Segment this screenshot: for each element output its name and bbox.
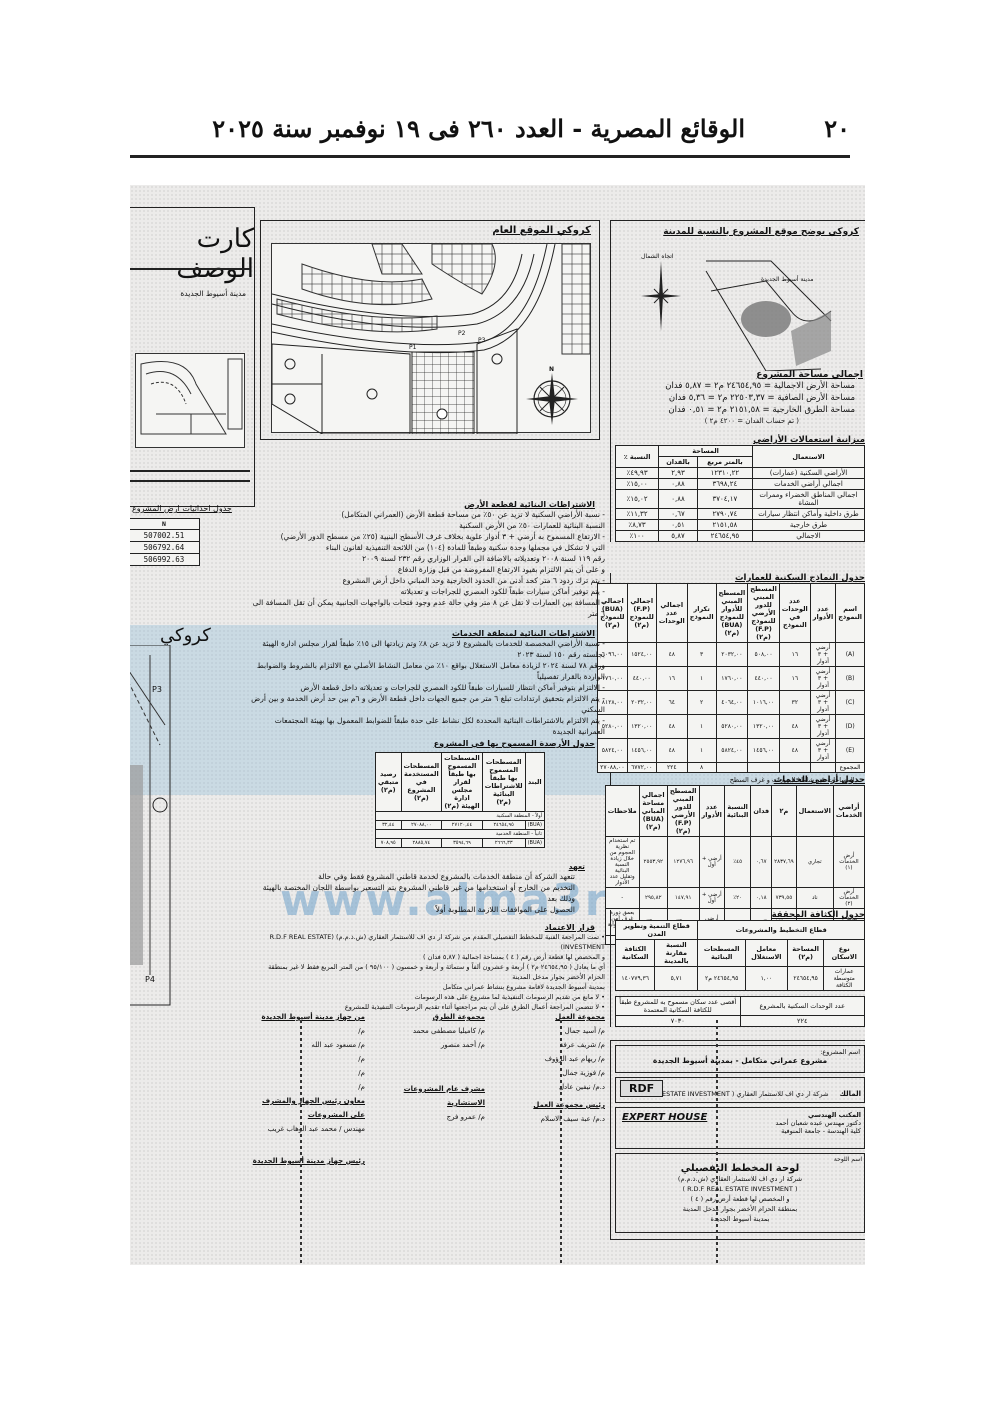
text-line: الحصول على الموافقات اللازمة المطلوبة أو… [250,904,575,915]
gazette-title: الوقائع المصرية - العدد ٢٦٠ فى ١٩ نوفمبر… [212,114,745,143]
text-line: و على أن يتم الالتزام بقيود الارتفاع الم… [250,564,605,575]
sig-col-title: معاون رئيس الجهاز والمشرف على المشروعات [245,1094,365,1122]
table-cell: ٥٠٨,٠٠ [748,643,780,667]
table-cell: اجمالي أراضي الخدمات [752,479,864,490]
signatures-area: مجموعة العمل م/ أسيد جمالم/ شريف عرفةم/ … [250,1010,605,1150]
table-cell [779,763,810,773]
table-cell: ٢,٩٣ [659,468,698,479]
sig-col-title: مجموعة الطرق [375,1010,485,1024]
table-cell: ١٤٠٧٧٩,٣٦ [616,967,655,991]
table-cell: ٣٢ [779,691,810,715]
table-cell: ١٤٧,٩١ [667,888,699,909]
group-header: قطاع التخطيط والمشروعات [698,921,865,940]
building-models-title: جدول النماذج السكنية للعمارات [615,573,865,583]
site-map: P1 P2 P3 N [271,243,591,433]
land-use-section: ميزانية استعمالات الأراضي الاستعمال المس… [610,435,865,542]
text-line: - نسبة الأراضي السكنية لا تزيد عن ٥٠٪ من… [250,509,605,520]
bua-section: ثانياً - المنطقة الخدمية [375,830,544,839]
table-cell: ٣٦٩٨,٢٤ [697,479,752,490]
table-row: أرض الخدمات (٢)ناد٧٣٩,٥٥٠,١٨٢٠٪أرضي + أو… [605,888,864,909]
col-header: نوع الاسكان [824,940,865,967]
table-row: اجمالي أراضي الخدمات٣٦٩٨,٢٤٠,٨٨١٥,٠٠٪ [616,479,865,490]
drawing-title: لوحة المخطط التفصيلي [618,1163,862,1174]
table-cell: ٤٨ [779,715,810,739]
left-description-card: كارت الوصف مدينة أسيوط الجديدة [130,207,255,507]
table-cell: ٢٤٦٥٤,٩٥ [787,967,824,991]
drawing-line: بمدينة أسيوط الجديدة [618,1214,862,1224]
pledge-text: تتعهد الشركة أن منطقة الخدمات بالمشروع ل… [250,871,605,915]
text-line: - المسافة بين العمارات لا تقل عن ٨ متر و… [250,597,605,619]
table-cell: أرضي + ٣ أدوار [810,667,835,691]
table-cell: الأراضي السكنية (عمارات) [752,468,864,479]
table-cell: ٠,٦٧ [751,837,772,888]
table-cell: أرضي + أول [699,888,724,909]
scan-streak [716,1020,718,1265]
table-cell: ١ [687,739,716,763]
table-row: (C)أرضي + ٣ أدوار٣٢١٠١٦,٠٠٤٠٦٤,٠٠٢٦٤٢٠٣٢… [598,691,865,715]
table-cell: (A) [836,643,865,667]
table-cell: ٢٢٤ [656,763,687,773]
table-cell: ١٥,٠٢٪ [616,490,659,509]
table-cell: ١٠٠٪ [616,531,659,542]
table-cell: ١٣٢٠,٠٠ [748,715,780,739]
header-rule [130,155,850,158]
drawing-line: بمنطقة الحزام الأخضر بجوار مدخل المدينة [618,1204,862,1214]
table-cell: ١٧٦٠,٠٠ [716,667,748,691]
col-header: النسبة مقارنة بالمدينة [655,940,698,967]
table-cell: ٠,٦٧ [659,509,698,520]
text-line: م/ كاميليا مصطفى محمد [375,1024,485,1038]
text-line: م/ [245,1066,365,1080]
table-cell: ٥,٧١ [655,967,698,991]
table-row: (E)أرضي + ٣ أدوار٤٨١٤٥٦,٠٠٥٨٢٤,٠٠١٤٨١٤٥٦… [598,739,865,763]
drawing-line: ( R.D.F REAL ESTATE INVESTMENT ) [618,1184,862,1194]
text-line: • تمت المراجعة الفنية للمخطط التفصيلي ال… [250,932,605,952]
table-cell: ٣٧٠٤,١٧ [697,490,752,509]
table-cell: ١ [687,667,716,691]
pop-value: ٧٠٣٠ [616,1016,741,1027]
page-number: ٢٠ [824,114,850,143]
density-title: جدول الكثافة المحققة [615,910,865,920]
col-header: المساحة (م٢) [787,940,824,967]
project-label: اسم المشروع: [620,1048,860,1056]
col-header: الاستعمال [752,446,864,468]
approval-text: • تمت المراجعة الفنية للمخطط التفصيلي ال… [250,932,605,1012]
table-cell: ٤٨ [656,715,687,739]
area-line: مساحة الأرض الصافية = ٢٢٥٠٣,٣٧ م٢ = ٥,٣٦… [611,392,865,404]
table-cell: ٢٥٥٣,٩٢ [639,837,667,888]
drawing-box: اسم اللوحة لوحة المخطط التفصيلي شركة ار … [615,1153,865,1233]
land-conditions: - نسبة الأراضي السكنية لا تزيد عن ٥٠٪ من… [250,509,605,619]
table-cell: أرضي + ٣ أدوار [810,691,835,715]
location-map-title: كروكي يوضح موقع المشروع بالنسبة للمدينة [663,227,859,237]
table-cell: ١٦ [779,643,810,667]
mini-site-plan [135,353,245,448]
coord-value: 506792.64 [130,542,200,554]
services-title: جدول أراضي الخدمات [615,775,865,785]
table-cell: ٢٧١٢٠,٤٤ [442,821,483,830]
table-cell: (BUA) [525,839,544,848]
col-header: النسبة ٪ [616,446,659,468]
col-header: الاستعمال [796,786,833,837]
table-cell: طرق خارجية [752,520,864,531]
table-cell: ٤٨ [656,739,687,763]
sig-col-authority: من جهاز مدينة أسيوط الجديدة م/م/ مسعود ع… [245,1010,365,1168]
table-cell: ٤٠٦٤,٠٠ [716,691,748,715]
text-line: أي ما يعادل ( ٢٤٦٥٤,٩٥ م٢ ) أربعة و عشرو… [250,962,605,982]
left-sketch: P3 P4 [130,645,175,1015]
table-row: اجمالي المناطق الخضراء وممرات المشاة٣٧٠٤… [616,490,865,509]
table-row: (B)أرضي + ٣ أدوار١٦٤٤٠,٠٠١٧٦٠,٠٠١١٦٤٤٠,٠… [598,667,865,691]
table-cell: ٨ [687,763,716,773]
table-cell: ٨,٧٣٪ [616,520,659,531]
site-map-title: كروكي الموقع العام [492,225,591,236]
rdf-logo: RDF [620,1080,663,1097]
col-header: تكرار النموذج [687,584,716,643]
col-header: النسبة البنائية [724,786,750,837]
col-header: م٢ [772,786,796,837]
density-section: جدول الكثافة المحققة قطاع التخطيط والمشر… [610,910,865,1027]
text-line: م/ مسعود عبد الله [245,1038,365,1052]
units-population-table: عدد الوحدات السكنية بالمشروع أقصى عدد سك… [615,996,865,1027]
table-cell: ١ [687,715,716,739]
divider [130,470,250,472]
text-line: - يتم الالتزام بالاشتراطات البنائية المح… [250,715,605,737]
drawing-line: شركة ار دي اف للاستثمار العقاري (ش.ذ.م.م… [618,1174,862,1184]
table-cell: أرض الخدمات (١) [833,837,864,888]
table-cell: ١٥,٠٠٪ [616,479,659,490]
owner-name: شركة ار دي اف للاستثمار العقاري ( REAL E… [639,1090,829,1098]
owner-label: المالك [840,1090,862,1098]
city-label: مدينة أسيوط الجديدة [180,288,246,299]
col-header: أراضي الخدمات [833,786,864,837]
text-line: • لا مانع من تقديم الرسومات التنفيذية لم… [250,992,605,1002]
table-cell: ٢٠٣٢,٠٠ [627,691,656,715]
text-line: م/ [245,1024,365,1038]
table-cell: عمارات متوسطة الكثافة [824,967,865,991]
table-cell: ٠,٥١ [659,520,698,531]
table-cell: ٧٣٩,٥٥ [772,888,796,909]
location-map-drawing [616,251,865,371]
col-header: المسطحات البنائية [698,940,746,967]
table-cell: ١,٠٠ [745,967,787,991]
table-cell: ٢٩٥,٨٢ [639,888,667,909]
table-cell: ٢٧٠٨٨,٠٠ [401,821,442,830]
site-point-p2: P2 [458,330,465,337]
table-cell: أرضي + ٣ أدوار [810,643,835,667]
table-cell [810,763,835,773]
conditions-column: الاشتراطات البنائية لقطعة الأرض - نسبة ا… [250,500,605,1012]
land-use-table: الاستعمال المساحة النسبة ٪ بالمتر مربع ب… [615,445,865,542]
table-cell: (BUA) [525,821,544,830]
signatory: م/ عمرو فرج [375,1110,485,1124]
page-header: ٢٠ الوقائع المصرية - العدد ٢٦٠ فى ١٩ نوف… [220,110,850,150]
area-line: مساحة الطرق الخارجية = ٢١٥١,٥٨ م٢ = ٠,٥١… [611,404,865,416]
table-cell: ١٣٢٠,٠٠ [627,715,656,739]
bua-section: أولاً - المنطقة السكنية [375,812,544,821]
table-row: أرض الخدمات (١)تجاري٢٨٣٧,٦٩٠,٦٧٤٥٪أرضي +… [605,837,864,888]
col-header: ملاحظات [605,786,639,837]
table-cell: ١٦ [656,667,687,691]
north-arrow-icon [641,261,681,331]
col-header: المسطح المبني للدور الأرضي (F.P) (م٢) [667,786,699,837]
col-header: اجمالي عدد الوحدات [656,584,687,643]
divider [130,480,250,482]
consultant-box: المكتب الهندسي دكتور مهندس عبده شعبان أح… [615,1107,865,1149]
project-box: اسم المشروع: مشروع عمراني متكامل - بمدين… [615,1045,865,1073]
table-cell: ٠,٨٨ [659,479,698,490]
consultant-faculty: كلية الهندسة - جامعة المنوفية [619,1127,861,1135]
text-line: - الالتزام بتوفير أماكن انتظار للسيارات … [250,682,605,693]
land-use-title: ميزانية استعمالات الأراضي [615,435,865,445]
text-line: - يتم توفير أماكن سيارات طبقاً للكود الم… [250,586,605,597]
coords-header: N [130,519,200,530]
col-header: بالمتر مربع [697,457,752,468]
table-cell: ٢٨٨٥,٧٤ [401,839,442,848]
text-line: و المخصص لها قطعة أرض رقم ( ٤ ) بمساحة ا… [250,952,605,962]
col-header: عدد الوحدات في النموذج [779,584,810,643]
table-cell: ٢١٥١,٥٨ [697,520,752,531]
table-cell: أرضي + ٣ أدوار [810,715,835,739]
text-line: م/ [245,1052,365,1066]
scan-streak [560,1020,562,1265]
table-cell: ٢ [687,691,716,715]
coords-table: N 507002.51 506792.64 506992.63 [130,518,200,566]
table-cell: الاجمالي [752,531,864,542]
area-note: ( تم حساب الفدان = ٤٢٠٠ م٢ ) [611,416,865,427]
scanned-plan-sheet: www.alma3raf.com كارت الوصف مدينة أسيوط … [130,185,865,1265]
project-area-title: اجمالي مساحة المشروع [611,370,865,380]
bua-table: البندالمسطحات المسموح بها طبقاً للاشتراط… [375,752,545,848]
text-line: النسبة البنائية للعمارات ٥٠٪ من الأرض ال… [250,520,605,531]
divider [130,268,250,270]
project-area-section: اجمالي مساحة المشروع مساحة الأرض الاجمال… [610,370,865,435]
sig-col-roads: مجموعة الطرق م/ كاميليا مصطفى محمدم/ أحم… [375,1010,485,1124]
table-row: (D)أرضي + ٣ أدوار٤٨١٣٢٠,٠٠٥٢٨٠,٠٠١٤٨١٣٢٠… [598,715,865,739]
table-cell: (B) [836,667,865,691]
table-cell: تم استخدام نظرية الحجوم من خلال زيادة ال… [605,837,639,888]
table-cell: ٤٤٠,٠٠ [627,667,656,691]
site-map-panel: كروكي الموقع العام [260,220,600,440]
sig-col-title: من جهاز مدينة أسيوط الجديدة [245,1010,365,1024]
table-row: طرق خارجية٢١٥١,٥٨٠,٥١٨,٧٣٪ [616,520,865,531]
table-cell: طرق داخلية وأماكن انتظار سيارات [752,509,864,520]
text-line: التي لا تشكل في مجملها وحدة سكنية وطبقاً… [250,542,605,553]
table-cell: أرضي + أول [699,837,724,888]
text-line: التخديم من الخارج أو استخدامها من غير قا… [250,882,575,904]
pop-label: أقصى عدد سكان مسموح به للمشروع طبقاً للك… [616,997,741,1016]
col-header: المسطح المبني للأدوار للنموذج (BUA) (م٢) [716,584,748,643]
col-header: بالفدان [659,457,698,468]
table-cell: ١٠١٦,٠٠ [748,691,780,715]
table-cell: ٤٥٪ [724,837,750,888]
table-cell: (E) [836,739,865,763]
bua-table-title: جدول الأرصدة المسموح بها في المشروع [250,739,605,748]
scan-streak [300,1020,302,1265]
coords-title: جدول احداثيات ارض المشروع [132,503,232,514]
col-header: اجمالي (F.P) للنموذج (م٢) [627,584,656,643]
table-cell: ٠,١٨ [751,888,772,909]
left-sketch-drawing [130,645,175,1015]
land-conditions-title: الاشتراطات البنائية لقطعة الأرض [250,500,605,509]
table-cell: - [605,888,639,909]
approval-title: قرار الاعتماد [250,923,605,932]
units-value: ٢٢٤ [740,1016,865,1027]
text-line: - الارتفاع المسموح به أرضي + ٣ أدوار علو… [250,531,605,542]
table-cell [748,763,780,773]
table-cell: ١٤٥٦,٠٠ [748,739,780,763]
table-cell: ٤٨ [779,739,810,763]
col-header: معامل الاستغلال [745,940,787,967]
table-cell: ١٥٢٤,٠٠ [627,643,656,667]
col-header: البند [525,753,544,812]
table-row: طرق داخلية وأماكن انتظار سيارات٢٧٩٠,٧٤٠,… [616,509,865,520]
table-cell: ٢٦٦٦,٣٣ [482,839,525,848]
owner-box: المالك شركة ار دي اف للاستثمار العقاري (… [615,1077,865,1103]
table-cell: ٢٧٩٠,٧٤ [697,509,752,520]
table-cell: ٠,٨٨ [659,490,698,509]
point-label-p4: P4 [145,975,155,984]
text-line: - يتم ترك ردود ٦ متر كحد أدنى من الحدود … [250,575,605,586]
col-header: المسطحات المسموح بها طبقاً لقرار مجلس اد… [442,753,483,812]
table-cell: اجمالي المناطق الخضراء وممرات المشاة [752,490,864,509]
coord-value: 507002.51 [130,530,200,542]
table-cell: ٣٢,٤٤ [375,821,401,830]
table-cell: ١٢٣١٠,٢٢ [697,468,752,479]
table-row: الاجمالي٢٤٦٥٤,٩٥٥,٨٧١٠٠٪ [616,531,865,542]
table-cell: ١٦ [779,667,810,691]
table-cell: ٤٤٠,٠٠ [748,667,780,691]
units-label: عدد الوحدات السكنية بالمشروع [740,997,865,1016]
table-cell: (D) [836,715,865,739]
table-cell: ٥٨٢٤,٠٠ [716,739,748,763]
compass-rose-icon [526,373,578,425]
table-cell: ٢٠٪ [724,888,750,909]
drawing-lines: شركة ار دي اف للاستثمار العقاري (ش.ذ.م.م… [618,1174,862,1224]
table-cell: ٥,٨٧ [659,531,698,542]
col-header: المسطح المبني للدور الأرضي للنموذج (F.P)… [748,584,780,643]
coord-value: 506992.63 [130,554,200,566]
sig-col-title: مشرف عام المشروعات الاستشارية [375,1082,485,1110]
project-name: مشروع عمراني متكامل - بمدينة أسيوط الجدي… [620,1056,860,1065]
text-line: م/ [245,1080,365,1094]
table-cell: ٢٨٣٧,٦٩ [772,837,796,888]
col-header: الكثافة السكانية [616,940,655,967]
col-header: فدان [751,786,772,837]
table-cell: ٣ [687,643,716,667]
sig-col-title: رئيس جهاز مدينة أسيوط الجديدة [245,1154,365,1168]
city-label: مدينة أسيوط الجديدة [761,276,814,283]
location-map-panel: كروكي يوضح موقع المشروع بالنسبة للمدينة … [610,220,865,370]
text-line: رقم ١١٩ لسنة ٢٠٠٨ وتعديلاته بالاضافة الى… [250,553,605,564]
col-header: المسطحات المسموح بها طبقاً للاشتراطات ال… [482,753,525,812]
col-header: المساحة [659,446,753,457]
expert-house-logo: EXPERT HOUSE [622,1112,707,1123]
text-line: تتعهد الشركة أن منطقة الخدمات بالمشروع ل… [250,871,575,882]
text-line: - نسبة الأراضي المخصصة للخدمات بالمشروع … [250,638,605,660]
table-cell: أرضي + ٣ أدوار [810,739,835,763]
site-point-p1: P1 [409,344,416,351]
table-cell: ١٤٥٦,٠٠ [627,739,656,763]
area-line: مساحة الأرض الاجمالية = ٢٤٦٥٤,٩٥ م٢ = ٥,… [611,380,865,392]
col-header: اجمالي مساحة المباني (BUA) (م٢) [639,786,667,837]
text-line: ورقم ٧٨ لسنة ٢٠٢٤ لزيادة معامل الاستغلال… [250,660,605,682]
pledge-title: تعهد [250,862,605,871]
table-cell: ٧٠٨,٩٥ [375,839,401,848]
table-cell: المجموع [836,763,865,773]
table-cell: ٢٠٣٢,٠٠ [716,643,748,667]
table-cell: تجاري [796,837,833,888]
services-conditions-title: الاشتراطات البنائية لمنطقة الخدمات [250,629,605,638]
table-cell: ناد [796,888,833,909]
table-row: الأراضي السكنية (عمارات)١٢٣١٠,٢٢٢,٩٣٤٩,٩… [616,468,865,479]
group-header: قطاع التنمية وتطوير المدن [616,921,698,940]
signatory: مهندس / محمد عبد الوهاب غريب [245,1122,365,1136]
table-row: (A)أرضي + ٣ أدوار١٦٥٠٨,٠٠٢٠٣٢,٠٠٣٤٨١٥٢٤,… [598,643,865,667]
table-cell: ٦٤ [656,691,687,715]
text-line: م/ أحمد منصور [375,1038,485,1052]
card-title: كارت الوصف [133,224,254,284]
building-models-table: اسم النموذجعدد الأدوارعدد الوحدات في الن… [597,583,865,773]
table-cell: ١٢٧٦,٩٦ [667,837,699,888]
table-cell: (C) [836,691,865,715]
col-header: عدد الأدوار [810,584,835,643]
col-header: رصيد متبقي (م٢) [375,753,401,812]
table-cell: ٤٩,٩٣٪ [616,468,659,479]
services-conditions: - نسبة الأراضي المخصصة للخدمات بالمشروع … [250,638,605,737]
point-label-p3: P3 [152,685,162,694]
table-cell: ٢٤٦٥٤,٩٥ [482,821,525,830]
site-map-drawing [272,244,592,434]
table-cell: ٣٥٩٤,٦٩ [442,839,483,848]
table-cell [716,763,748,773]
col-header: المسطحات المستخدمة في المشروع (م٢) [401,753,442,812]
table-cell: ٥٢٨٠,٠٠ [716,715,748,739]
left-sketch-title: كروكي [160,625,211,646]
mini-plan-drawing [136,354,246,449]
table-cell: ٤٨ [656,643,687,667]
col-header: اسم النموذج [836,584,865,643]
drawing-line: و المخصص لها قطعة أرض رقم ( ٤ ) [618,1194,862,1204]
compass-north-label: N [549,366,554,373]
table-cell: ٢٤٦٥٤,٩٥ [697,531,752,542]
text-line: - يتم الالتزام بتحقيق ارتدادات تبلغ ٦ مت… [250,693,605,715]
text-line: بمدينة أسيوط الجديدة لاقامة مشروع بنشاط … [250,982,605,992]
table-cell: ١١,٣٢٪ [616,509,659,520]
col-header: عدد الأدوار [699,786,724,837]
table-cell: ٢٤٦٥٤,٩٥ م٢ [698,967,746,991]
title-block: اسم المشروع: مشروع عمراني متكامل - بمدين… [610,1040,865,1240]
site-point-p3: P3 [478,337,485,344]
table-cell: أرض الخدمات (٢) [833,888,864,909]
table-row: المجموع٨٢٢٤٦٧٧٢,٠٠٢٧٠٨٨,٠٠ [598,763,865,773]
table-cell: ٦٧٧٢,٠٠ [627,763,656,773]
density-table: قطاع التخطيط والمشروعات قطاع التنمية وتط… [615,920,865,991]
drawing-label: اسم اللوحة [618,1156,862,1163]
